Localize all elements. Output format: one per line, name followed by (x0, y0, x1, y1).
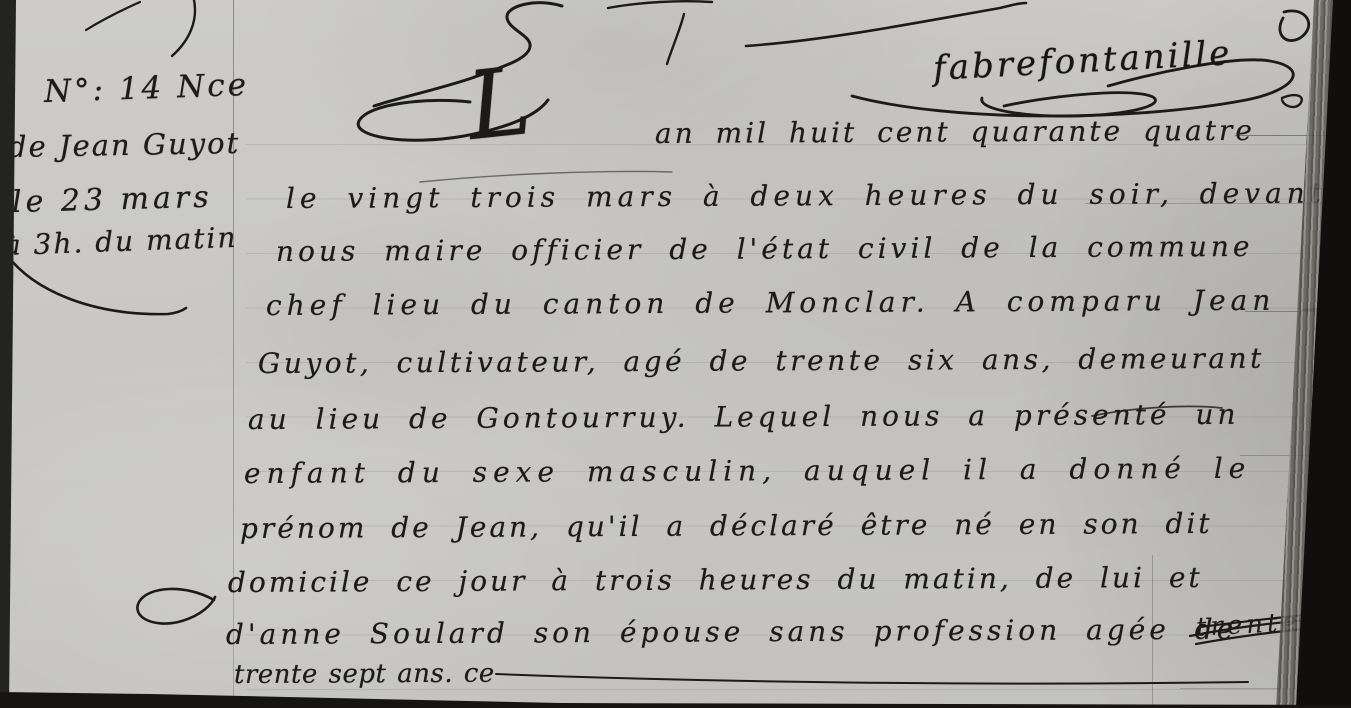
act-line-1: an mil huit cent quarante quatre (655, 116, 1255, 149)
act-line-7: enfant du sexe masculin, auquel il a don… (244, 454, 1251, 489)
top-left-stroke (86, 2, 140, 30)
act-line-10: d'anne Soulard son épouse sans professio… (226, 615, 1237, 650)
act-line-3: nous maire officier de l'état civil de l… (276, 232, 1254, 267)
margin-date: le 23 mars (12, 182, 213, 219)
scanned-birth-record: fabrefontanille N°: 14 Nce de Jean Guyot… (0, 0, 1351, 708)
top-edge-curve (608, 1, 712, 8)
act-line-9: domicile ce jour à trois heures du matin… (228, 563, 1203, 597)
margin-time: à 3h. du matin (3, 223, 237, 261)
act-line-6: au lieu de Gontourruy. Lequel nous a pré… (248, 400, 1240, 435)
act-line-8: prénom de Jean, qu'il a déclaré être né … (240, 509, 1213, 543)
signature-leadin-swash (746, 3, 1026, 46)
act-closing-line (496, 674, 1248, 684)
act-line-4: chef lieu du canton de Monclar. A compar… (266, 286, 1275, 321)
act-line-2: le vingt trois mars à deux heures du soi… (286, 179, 1326, 214)
apostrophe-slash-stroke (667, 14, 684, 64)
margin-person-name: de Jean Guyot (8, 128, 241, 162)
act-line-11: trente sept ans. ce (234, 661, 495, 690)
margin-act-number: N°: 14 Nce (43, 69, 249, 109)
act-drop-cap: L (463, 55, 535, 155)
signature-paraph-oval (982, 93, 1156, 117)
margin-ce-paraph (137, 589, 215, 624)
act-line-5: Guyot, cultivateur, agé de trente six an… (258, 344, 1265, 379)
top-paren-flourish (172, 0, 195, 56)
signature-paraph-squiggle (1282, 95, 1302, 107)
signature-paraph-tail (1280, 11, 1309, 41)
